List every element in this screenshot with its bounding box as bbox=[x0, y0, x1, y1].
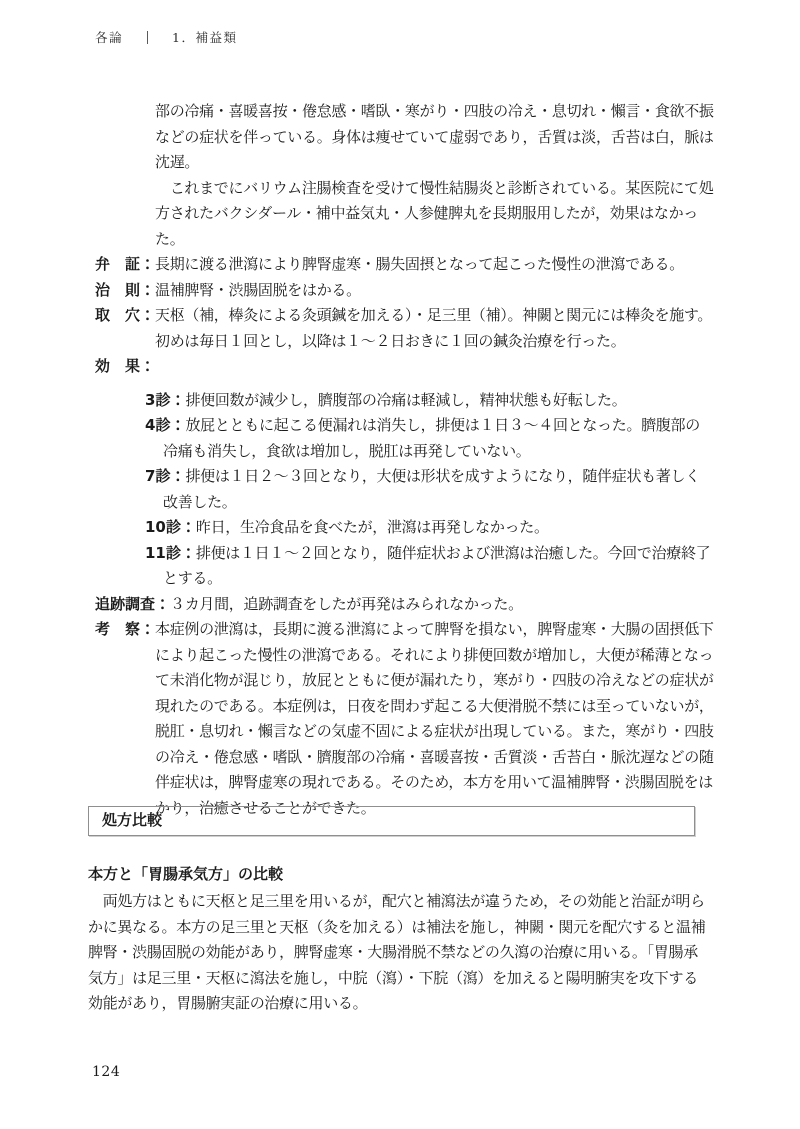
entry-label-shuketsu: 取 穴： bbox=[95, 303, 155, 329]
visit-text-11: 排便は１日１～２回となり，随伴症状および泄瀉は治癒した。今回で治療終了 とする。 bbox=[163, 544, 710, 588]
visit-label-4: 4診： bbox=[145, 416, 185, 434]
visit-text-3: 排便回数が減少し，臍腹部の冷痛は軽減し，精神状態も好転した。 bbox=[185, 391, 626, 409]
visit-text-10: 昨日，生冷食品を食べたが，泄瀉は再発しなかった。 bbox=[196, 518, 549, 536]
header-chapter-label: 1．補益類 bbox=[172, 30, 237, 45]
visit-label-3: 3診： bbox=[145, 391, 185, 409]
entry-label-chisoku: 治 則： bbox=[95, 278, 155, 304]
prescription-comparison-title: 処方比較 bbox=[102, 808, 162, 834]
case-continuation-paragraph: 部の冷痛・喜暖喜按・倦怠感・嗜臥・寒がり・四肢の冷え・息切れ・懶言・食欲不振 な… bbox=[155, 99, 715, 176]
visit-item-10: 10診：昨日，生冷食品を食べたが，泄瀉は再発しなかった。 bbox=[145, 515, 715, 541]
visit-label-11: 11診： bbox=[145, 544, 196, 562]
running-header: 各論1．補益類 bbox=[95, 30, 237, 46]
header-divider bbox=[147, 31, 148, 44]
entry-effect: 効 果： bbox=[95, 354, 715, 380]
visit-text-7: 排便は１日２～３回となり，大便は形状を成すようになり，随伴症状も著しく 改善した… bbox=[163, 467, 700, 511]
visit-label-10: 10診： bbox=[145, 518, 196, 536]
visit-item-3: 3診：排便回数が減少し，臍腹部の冷痛は軽減し，精神状態も好転した。 bbox=[145, 388, 715, 414]
comparison-paragraph: 両処方はともに天枢と足三里を用いるが，配穴と補瀉法が違うため，その効能と治証が明… bbox=[88, 889, 715, 1017]
comparison-heading: 本方と「胃腸承気方」の比較 bbox=[88, 862, 283, 888]
entry-text-benshou: 長期に渡る泄瀉により脾腎虚寒・腸失固摂となって起こった慢性の泄瀉である。 bbox=[155, 255, 684, 273]
entry-pattern-identification: 弁 証：長期に渡る泄瀉により脾腎虚寒・腸失固摂となって起こった慢性の泄瀉である。 bbox=[95, 252, 715, 278]
entry-followup: 追跡調査：３カ月間，追跡調査をしたが再発はみられなかった。 bbox=[95, 592, 715, 618]
visit-item-11: 11診：排便は１日１～２回となり，随伴症状および泄瀉は治癒した。今回で治療終了 … bbox=[145, 541, 715, 592]
prescription-comparison-box: 処方比較 bbox=[88, 806, 695, 836]
entry-label-kouka: 効 果： bbox=[95, 354, 155, 380]
entry-discussion: 考 察：本症例の泄瀉は，長期に渡る泄瀉によって脾腎を損ない，脾腎虚寒・大腸の固摂… bbox=[95, 617, 715, 821]
entry-text-shuketsu: 天枢（補，棒灸による灸頭鍼を加える）・足三里（補）。神闕と関元には棒灸を施す。 … bbox=[155, 306, 712, 350]
visit-text-4: 放屁とともに起こる便漏れは消失し，排便は１日３～４回となった。臍腹部の 冷痛も消… bbox=[163, 416, 700, 460]
header-section-label: 各論 bbox=[95, 30, 123, 45]
entry-point-selection: 取 穴：天枢（補，棒灸による灸頭鍼を加える）・足三里（補）。神闕と関元には棒灸を… bbox=[95, 303, 715, 354]
page-number: 124 bbox=[92, 1060, 120, 1086]
diagnosis-visit-list: 3診：排便回数が減少し，臍腹部の冷痛は軽減し，精神状態も好転した。 4診：放屁と… bbox=[145, 388, 715, 592]
case-study-section: 部の冷痛・喜暖喜按・倦怠感・嗜臥・寒がり・四肢の冷え・息切れ・懶言・食欲不振 な… bbox=[95, 99, 715, 821]
entry-text-followup: ３カ月間，追跡調査をしたが再発はみられなかった。 bbox=[170, 595, 523, 613]
entry-label-benshou: 弁 証： bbox=[95, 252, 155, 278]
visit-label-7: 7診： bbox=[145, 467, 185, 485]
case-history-paragraph: これまでにバリウム注腸検査を受けて慢性結腸炎と診断されている。某医院にて処 方さ… bbox=[155, 176, 715, 253]
book-page: 各論1．補益類 部の冷痛・喜暖喜按・倦怠感・嗜臥・寒がり・四肢の冷え・息切れ・懶… bbox=[0, 0, 800, 1129]
visit-item-4: 4診：放屁とともに起こる便漏れは消失し，排便は１日３～４回となった。臍腹部の 冷… bbox=[145, 413, 715, 464]
entry-label-followup: 追跡調査： bbox=[95, 592, 170, 618]
entry-text-chisoku: 温補脾腎・渋腸固脱をはかる。 bbox=[155, 281, 361, 299]
entry-treatment-principle: 治 則：温補脾腎・渋腸固脱をはかる。 bbox=[95, 278, 715, 304]
visit-item-7: 7診：排便は１日２～３回となり，大便は形状を成すようになり，随伴症状も著しく 改… bbox=[145, 464, 715, 515]
entry-label-discussion: 考 察： bbox=[95, 617, 155, 643]
entry-text-discussion: 本症例の泄瀉は，長期に渡る泄瀉によって脾腎を損ない，脾腎虚寒・大腸の固摂低下 に… bbox=[155, 620, 714, 817]
